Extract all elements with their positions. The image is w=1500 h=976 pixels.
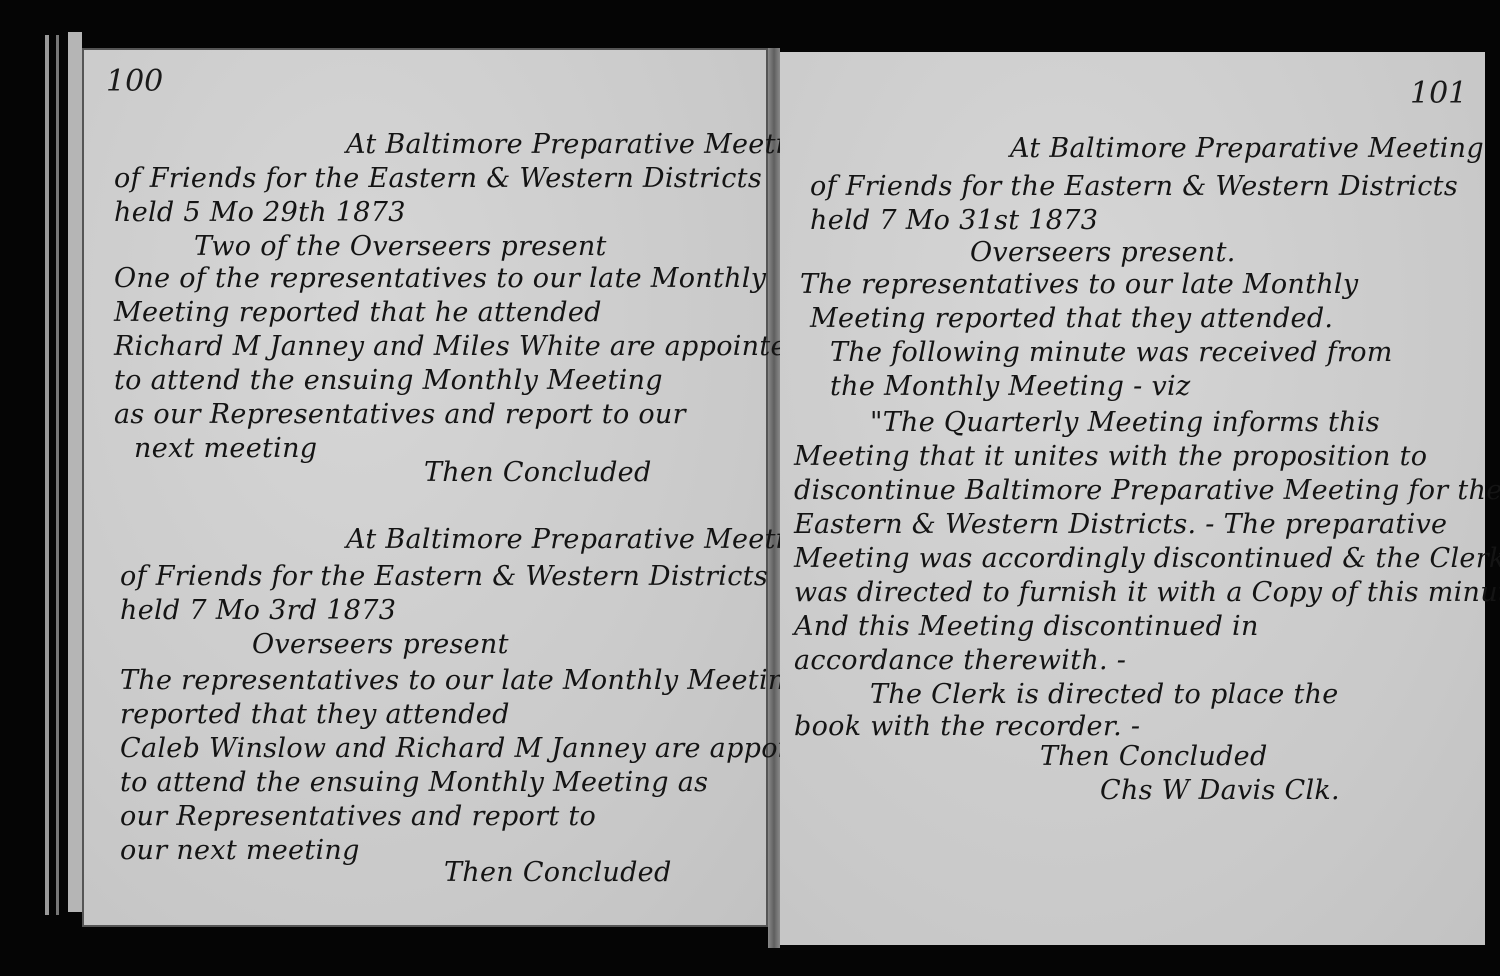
body-line: next meeting: [134, 434, 317, 464]
body-line: Eastern & Western Districts. - The prepa…: [794, 510, 1447, 540]
book-gutter: [768, 48, 780, 948]
body-line: was directed to furnish it with a Copy o…: [794, 578, 1500, 608]
entry-heading: of Friends for the Eastern & Western Dis…: [120, 562, 768, 592]
body-line: And this Meeting discontinued in: [794, 612, 1259, 642]
entry-heading: of Friends for the Eastern & Western Dis…: [810, 172, 1458, 202]
body-line: The representatives to our late Monthly …: [120, 666, 803, 696]
clerk-signature: Chs W Davis Clk.: [1100, 776, 1340, 806]
book-edge: [45, 35, 49, 915]
entry-heading: At Baltimore Preparative Meeting: [346, 525, 820, 555]
body-line: One of the representatives to our late M…: [114, 264, 766, 294]
entry-date: held 5 Mo 29th 1873: [114, 198, 406, 228]
overseers-line: Overseers present: [252, 630, 509, 660]
entry-date: held 7 Mo 31st 1873: [810, 206, 1098, 236]
body-line: "The Quarterly Meeting informs this: [870, 408, 1380, 438]
page-number: 101: [1410, 76, 1467, 111]
body-line: the Monthly Meeting - viz: [830, 372, 1190, 402]
body-line: Richard M Janney and Miles White are app…: [114, 332, 804, 362]
right-page: 101 At Baltimore Preparative Meeting of …: [780, 52, 1485, 945]
body-line: Meeting that it unites with the proposit…: [794, 442, 1427, 472]
body-line: book with the recorder. -: [794, 712, 1140, 742]
body-line: reported that they attended: [120, 700, 510, 730]
body-line: as our Representatives and report to our: [114, 400, 686, 430]
body-line: Meeting was accordingly discontinued & t…: [794, 544, 1500, 574]
body-line: Meeting reported that they attended.: [810, 304, 1333, 334]
page-number: 100: [106, 64, 163, 99]
body-line: The following minute was received from: [830, 338, 1393, 368]
overseers-line: Overseers present.: [970, 238, 1236, 268]
body-line: our next meeting: [120, 836, 360, 866]
body-line: Meeting reported that he attended: [114, 298, 602, 328]
entry-date: held 7 Mo 3rd 1873: [120, 596, 396, 626]
closing-line: Then Concluded: [424, 458, 652, 488]
body-line: Caleb Winslow and Richard M Janney are a…: [120, 734, 849, 764]
entry-heading: At Baltimore Preparative Meeting: [346, 130, 820, 160]
closing-line: Then Concluded: [444, 858, 672, 888]
left-page: 100 At Baltimore Preparative Meeting of …: [82, 48, 768, 927]
body-line: discontinue Baltimore Preparative Meetin…: [794, 476, 1500, 506]
body-line: accordance therewith. -: [794, 646, 1126, 676]
body-line: our Representatives and report to: [120, 802, 596, 832]
body-line: to attend the ensuing Monthly Meeting as: [120, 768, 708, 798]
entry-heading: of Friends for the Eastern & Western Dis…: [114, 164, 762, 194]
entry-heading: At Baltimore Preparative Meeting: [1010, 134, 1484, 164]
body-line: The representatives to our late Monthly: [800, 270, 1358, 300]
book-edge: [56, 35, 59, 915]
overseers-line: Two of the Overseers present: [194, 232, 607, 262]
closing-line: Then Concluded: [1040, 742, 1268, 772]
body-line: to attend the ensuing Monthly Meeting: [114, 366, 663, 396]
body-line: The Clerk is directed to place the: [870, 680, 1339, 710]
page-stack-edge: [68, 32, 82, 912]
